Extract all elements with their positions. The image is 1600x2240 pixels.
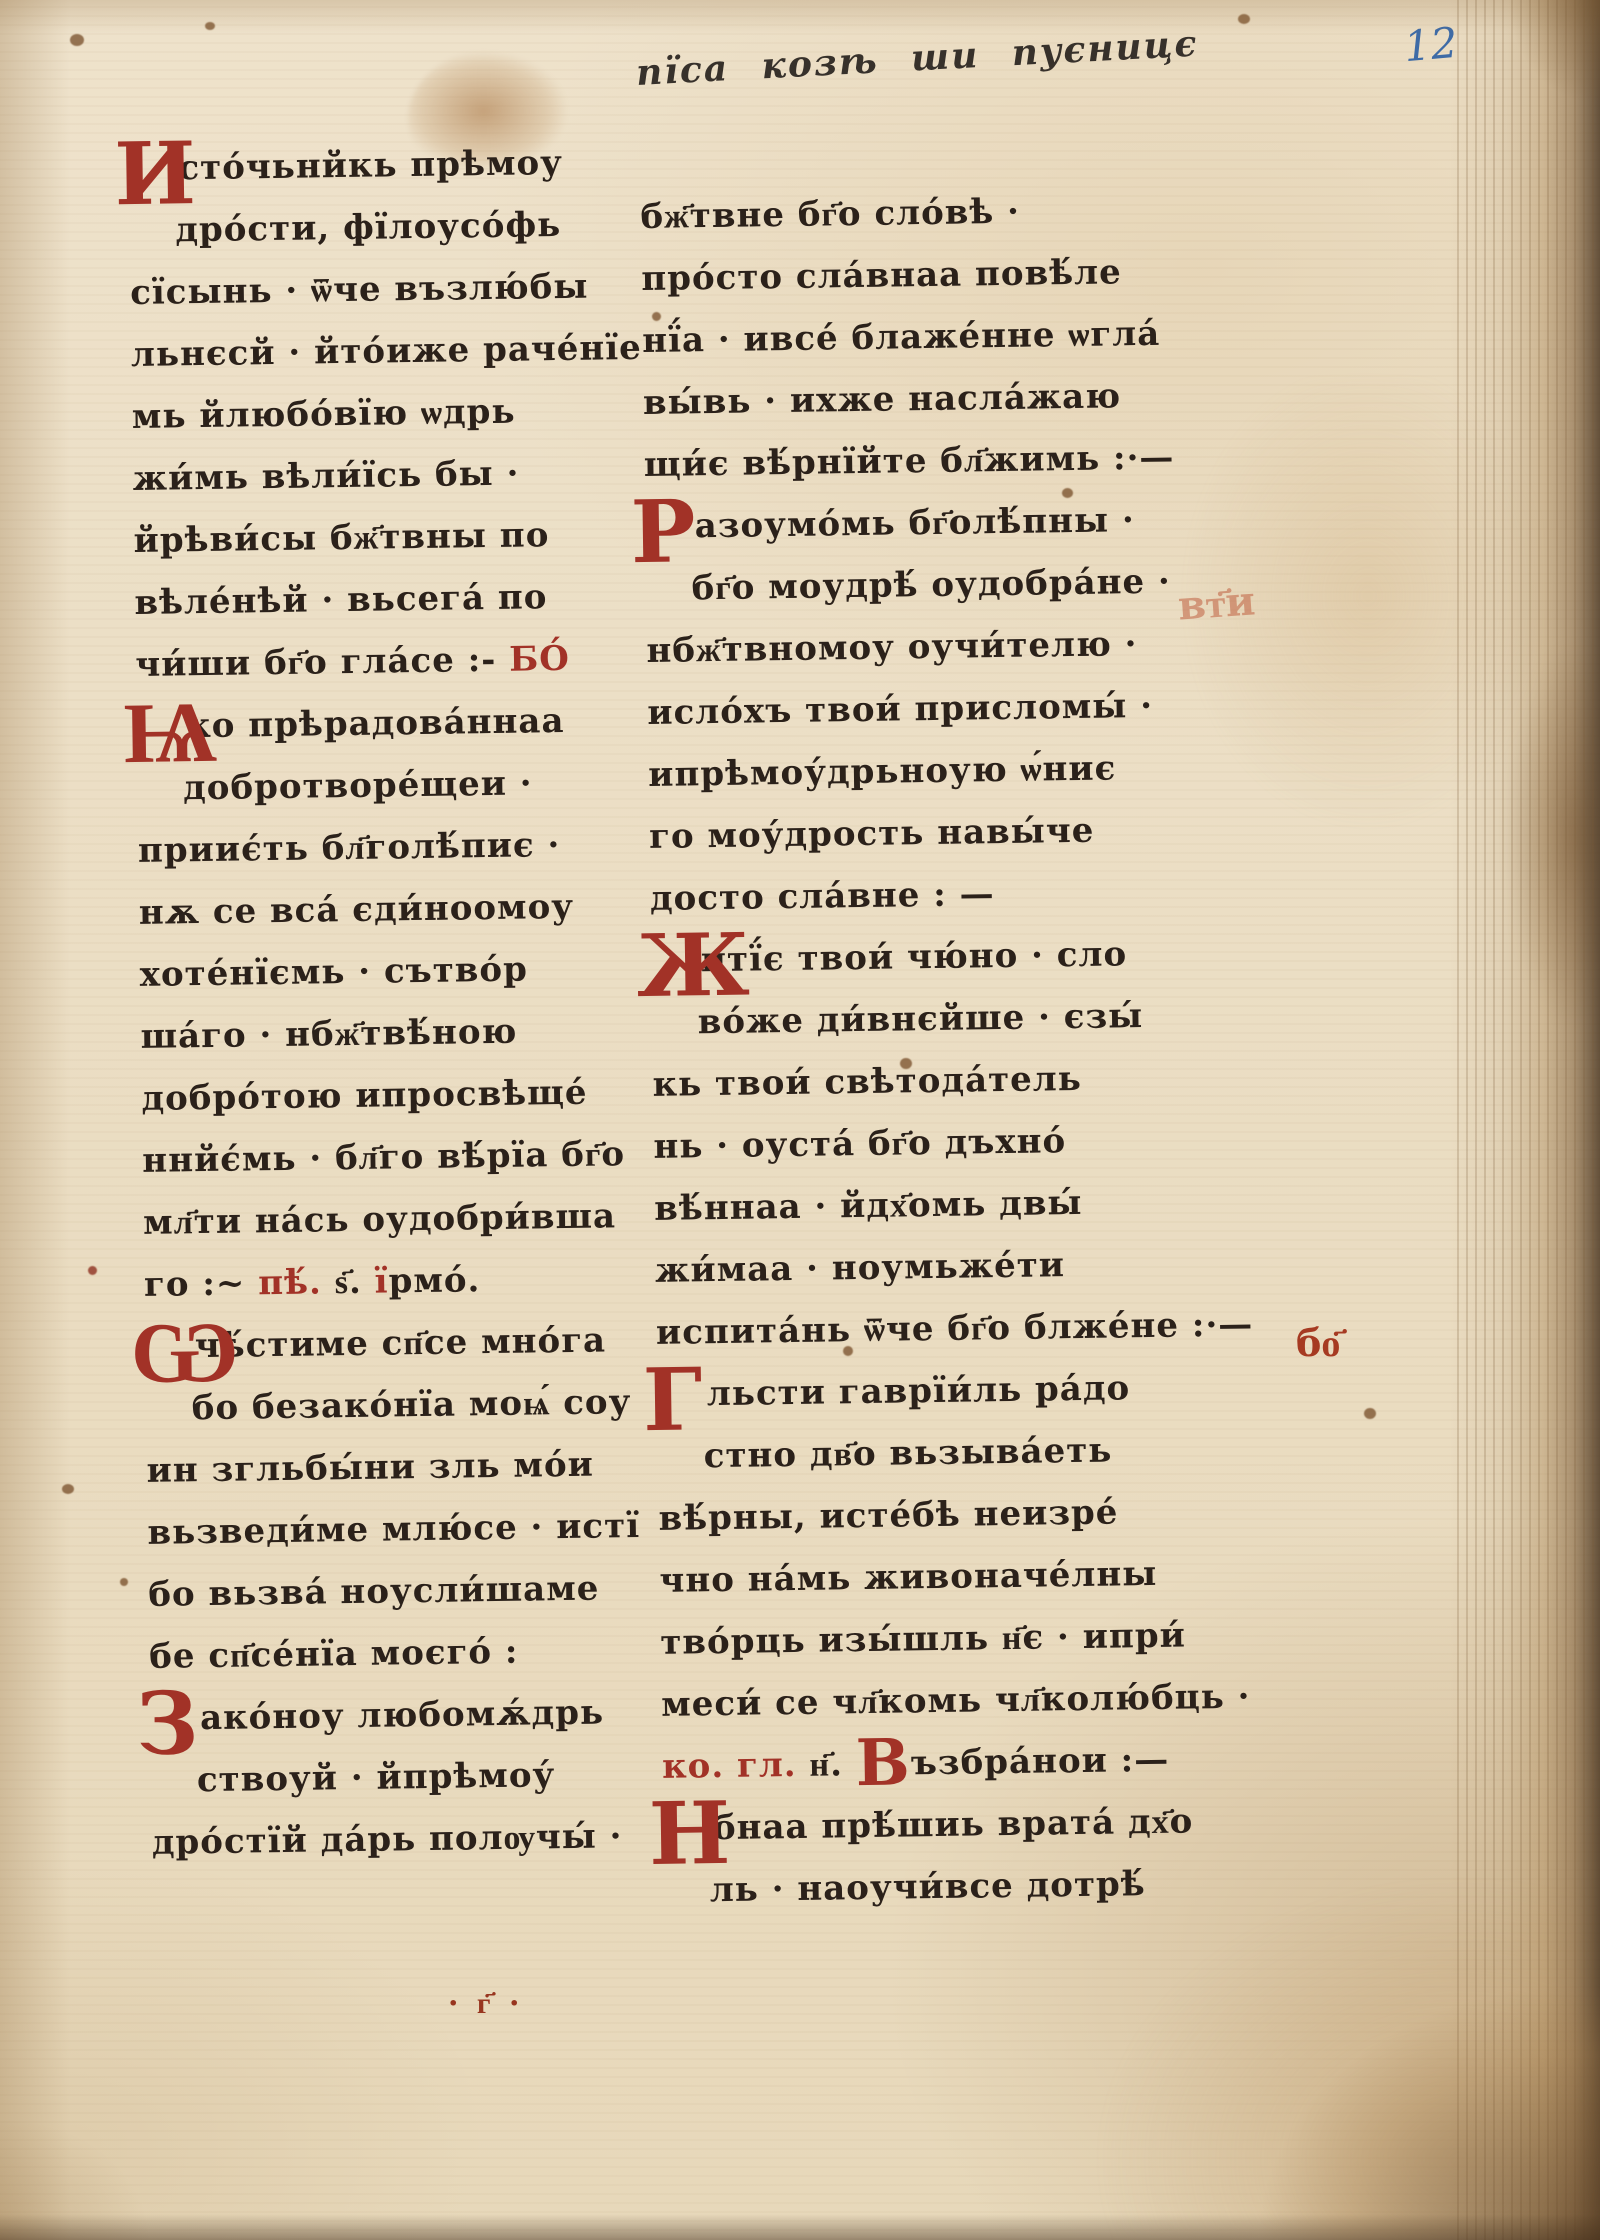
- rubric-initial: И: [114, 137, 171, 212]
- body-text: вѣ́ннаа · йдх҃омь двы́: [654, 1183, 1083, 1229]
- text-line: ин згльбы́ни зль мо́и: [146, 1433, 652, 1502]
- text-line: Разоумо́мь бг҃олѣ́пны ·: [644, 488, 1225, 558]
- body-text: сто́чьнйкь прѣмоу: [178, 143, 563, 188]
- body-text: итї́є твои́ чю́но · сло: [701, 934, 1128, 980]
- body-text: бж҃твне бг҃о сло́вѣ ·: [640, 192, 1020, 237]
- text-line: Ѩко прѣрадова́ннаа: [136, 689, 642, 758]
- foxing-dot: [120, 1578, 128, 1586]
- text-line: нѫ се вса́ єди́ноомоу: [138, 875, 644, 944]
- text-line: ша́го · нбж҃твѣ́ною: [140, 999, 646, 1068]
- rubric-text: пѣ́.: [258, 1262, 322, 1303]
- body-text: рмо́.: [388, 1260, 480, 1301]
- text-line: жи́мь вѣли́їсь бы ·: [132, 441, 638, 510]
- body-text: ъзбра́нои :—: [911, 1740, 1170, 1784]
- body-text: кь твои́ свѣтода́тель: [652, 1059, 1082, 1105]
- text-line: исло́хъ твои́ присломы́ ·: [647, 674, 1228, 744]
- body-text: меси́ се чл҃комь чл҃колю́бць ·: [661, 1677, 1251, 1725]
- text-line: вѣле́нѣй · вьсега́ по: [134, 565, 640, 634]
- text-line: хоте́нїємь · сътво́р: [139, 937, 645, 1006]
- text-line: щи́є вѣ́рнїйте бл҃жимь :·—: [643, 426, 1224, 496]
- body-text: го моу́дрость навы́че: [649, 811, 1095, 857]
- corner-shadow-bottom-left: [0, 2030, 260, 2240]
- text-line: дро́сти, фїлоусо́фь: [129, 193, 635, 262]
- rubric-initial: Ж: [636, 929, 693, 1004]
- body-text: вѣ́рны, исте́бѣ неизре́: [658, 1492, 1118, 1538]
- text-line: бж҃твне бг҃о сло́вѣ ·: [640, 178, 1221, 248]
- text-line: го моу́дрость навы́че: [649, 798, 1230, 868]
- body-text: азоумо́мь бг҃олѣ́пны ·: [694, 500, 1135, 546]
- body-text: чѣ́стиме сп҃се мно́га: [195, 1320, 607, 1366]
- body-text: ѕ҃.: [322, 1262, 375, 1303]
- text-line: кь твои́ свѣтода́тель: [652, 1046, 1233, 1116]
- text-line: ипрѣмоу́дрьноую ѡ́ниє: [648, 736, 1229, 806]
- body-text: льнєсй · йто́иже раче́нїе: [131, 328, 642, 375]
- text-line: мл҃ти на́сь оудобри́вша: [143, 1185, 649, 1254]
- body-text: бо безако́нїа моѩ́ соу: [191, 1382, 631, 1428]
- body-text: вѣле́нѣй · вьсега́ по: [134, 577, 547, 623]
- corner-shadow-bottom-right: [1060, 1810, 1600, 2240]
- rubric-text: ї: [374, 1261, 388, 1301]
- rubric-text: БО́: [509, 639, 570, 680]
- body-text: ипрѣмоу́дрьноую ѡ́ниє: [648, 748, 1117, 795]
- text-line: нь · оуста́ бг҃о дъхно́: [653, 1108, 1234, 1178]
- text-line: сїсынь · ѿче възлю́бы: [130, 255, 636, 324]
- page-edge-bottom: [0, 2214, 1600, 2240]
- rubric-initial: Ѡ: [130, 1315, 187, 1390]
- body-text: ствоуй · йпрѣмоу́: [197, 1755, 556, 1800]
- foxing-dot: [1364, 1408, 1376, 1419]
- text-line: дро́стїй да́рь полѹчы́ ·: [151, 1805, 657, 1874]
- rubric-initial: Н: [649, 1797, 706, 1872]
- text-line: ннйє́мь · бл҃го вѣ́рїа бг҃о: [142, 1123, 648, 1192]
- text-line: ствоуй · йпрѣмоу́: [151, 1743, 657, 1812]
- body-text: вы́вь · ихже насла́жаю: [643, 376, 1122, 423]
- rubric-initial: Г: [642, 1363, 699, 1438]
- body-text: жи́мь вѣли́їсь бы ·: [132, 454, 519, 499]
- rubric-initial: З: [136, 1687, 193, 1762]
- body-text: ша́го · нбж҃твѣ́ною: [140, 1012, 517, 1057]
- manuscript-page: пїса козѣ ши пуєницє 12 вт҃и бо҃ Исто́чь…: [0, 0, 1600, 2240]
- page-edge-left: [0, 0, 70, 2240]
- body-text: добротворе́щеи ·: [183, 763, 533, 808]
- body-text: сїсынь · ѿче възлю́бы: [130, 267, 589, 313]
- body-text: ин згльбы́ни зль мо́и: [146, 1445, 594, 1491]
- text-line: бе сп҃се́нїа моєго́ :: [149, 1619, 655, 1688]
- text-line: испита́нь ѿче бг҃о блже́не :·—: [656, 1294, 1237, 1364]
- quire-mark: · г҃ ·: [448, 1986, 523, 2021]
- text-line: Зако́ноу любомѫ́дрь: [150, 1681, 656, 1750]
- page-edge-top: [0, 0, 1600, 34]
- body-text: чи́ши бг҃о гла́се :-: [135, 640, 509, 685]
- body-text: бг҃о моудрѣ́ оудобра́не ·: [691, 562, 1171, 609]
- body-text: бо вьзва́ ноусли́шаме: [148, 1569, 600, 1615]
- text-line: Житї́є твои́ чю́но · сло: [650, 922, 1231, 992]
- body-text: льсти гаврїи́ль ра́до: [707, 1368, 1131, 1414]
- rubric-initial: Р: [630, 495, 687, 570]
- body-text: досто сла́вне : —: [650, 874, 995, 919]
- text-line: тво́рць изы́шль н҃є · ипри́: [660, 1604, 1241, 1674]
- body-text: йрѣви́сы бж҃твны по: [133, 515, 549, 561]
- text-column-left: Исто́чьнйкь прѣмоудро́сти, фїлоусо́фьсїс…: [128, 131, 657, 1874]
- text-line: про́сто сла́внаа повѣ́ле: [641, 240, 1222, 310]
- manuscript-photo: пїса козѣ ши пуєницє 12 вт҃и бо҃ Исто́чь…: [0, 0, 1600, 2240]
- body-text: стно дв҃о вьзыва́еть: [703, 1431, 1112, 1477]
- body-text: про́сто сла́внаа повѣ́ле: [641, 252, 1122, 299]
- body-text: вьзведи́ме млю́се · истї: [147, 1506, 640, 1553]
- corner-shadow-top-right: [1450, 0, 1600, 170]
- rubric-text: В: [855, 1725, 911, 1801]
- text-line: Ѡчѣ́стиме сп҃се мно́га: [144, 1309, 650, 1378]
- text-line: мь йлюбо́вїю ѡдрь: [131, 379, 637, 448]
- body-text: нї́а · ивсе́ блаже́нне ѡгла́: [642, 314, 1161, 361]
- text-line: чно на́мь живоначе́лны: [659, 1542, 1240, 1612]
- text-line: вѣ́ннаа · йдх҃омь двы́: [654, 1170, 1235, 1240]
- text-line: вьзведи́ме млю́се · истї: [147, 1495, 653, 1564]
- text-line: бо вьзва́ ноусли́шаме: [148, 1557, 654, 1626]
- body-text: нь · оуста́ бг҃о дъхно́: [653, 1121, 1066, 1167]
- text-line: стно дв҃о вьзыва́еть: [657, 1418, 1238, 1488]
- rubric-text: ко. гл.: [662, 1745, 810, 1787]
- body-text: исло́хъ твои́ присломы́ ·: [647, 686, 1153, 733]
- body-text: во́же ди́внєйше · єзы́: [697, 996, 1143, 1042]
- body-text: нѫ се вса́ єди́ноомоу: [139, 887, 575, 933]
- text-line: вѣ́рны, исте́бѣ неизре́: [658, 1480, 1239, 1550]
- body-text: жи́маа · ноумьже́ти: [655, 1245, 1065, 1291]
- rubric-initial: Ѩ: [122, 695, 179, 770]
- text-line: нбж҃твномоу оучи́телю ·: [646, 612, 1227, 682]
- text-line: нї́а · ивсе́ блаже́нне ѡгла́: [642, 302, 1223, 372]
- body-text: бе сп҃се́нїа моєго́ :: [149, 1632, 519, 1677]
- body-text: мл҃ти на́сь оудобри́вша: [143, 1196, 616, 1243]
- body-text: тво́рць изы́шль н҃є · ипри́: [660, 1616, 1186, 1663]
- text-line: меси́ се чл҃комь чл҃колю́бць ·: [661, 1666, 1242, 1736]
- body-text: испита́нь ѿче бг҃о блже́не :·—: [656, 1305, 1254, 1353]
- text-line: вы́вь · ихже насла́жаю: [643, 364, 1224, 434]
- text-line: йрѣви́сы бж҃твны по: [133, 503, 639, 572]
- body-text: нбж҃твномоу оучи́телю ·: [646, 624, 1138, 671]
- text-line: прииє́ть бл҃голѣ́пиє ·: [138, 813, 644, 882]
- text-line: Гльсти гаврїи́ль ра́до: [656, 1356, 1237, 1426]
- body-text: хоте́нїємь · сътво́р: [139, 950, 528, 995]
- body-text: дро́стїй да́рь полѹчы́ ·: [152, 1816, 623, 1863]
- text-line: жи́маа · ноумьже́ти: [655, 1232, 1236, 1302]
- text-line: ко. гл. н҃. Възбра́нои :—: [662, 1728, 1243, 1798]
- body-text: прииє́ть бл҃голѣ́пиє ·: [138, 825, 561, 871]
- body-text: ннйє́мь · бл҃го вѣ́рїа бг҃о: [142, 1134, 625, 1181]
- body-text: ко прѣрадова́ннаа: [186, 701, 565, 746]
- body-text: чно на́мь живоначе́лны: [659, 1554, 1157, 1601]
- foxing-dot: [70, 34, 84, 46]
- text-column-right: бж҃твне бг҃о сло́вѣ ·про́сто сла́внаа по…: [640, 178, 1244, 1922]
- body-text: дро́сти, фїлоусо́фь: [175, 205, 561, 250]
- text-line: бг҃о моудрѣ́ оудобра́не ·: [645, 550, 1226, 620]
- body-text: ако́ноу любомѫ́дрь: [200, 1693, 605, 1739]
- foxing-dot: [88, 1266, 97, 1275]
- body-text: н҃.: [809, 1744, 856, 1785]
- body-text: добро́тою ипросвѣще́: [141, 1073, 588, 1119]
- text-line: Исто́чьнйкь прѣмоу: [128, 131, 634, 200]
- body-text: го :~: [144, 1263, 259, 1305]
- text-line: льнєсй · йто́иже раче́нїе: [131, 317, 637, 386]
- text-line: добро́тою ипросвѣще́: [141, 1061, 647, 1130]
- body-text: мь йлюбо́вїю ѡдрь: [132, 392, 516, 437]
- margin-note-rubric: бо҃: [1296, 1320, 1340, 1366]
- body-text: щи́є вѣ́рнїйте бл҃жимь :·—: [644, 438, 1175, 485]
